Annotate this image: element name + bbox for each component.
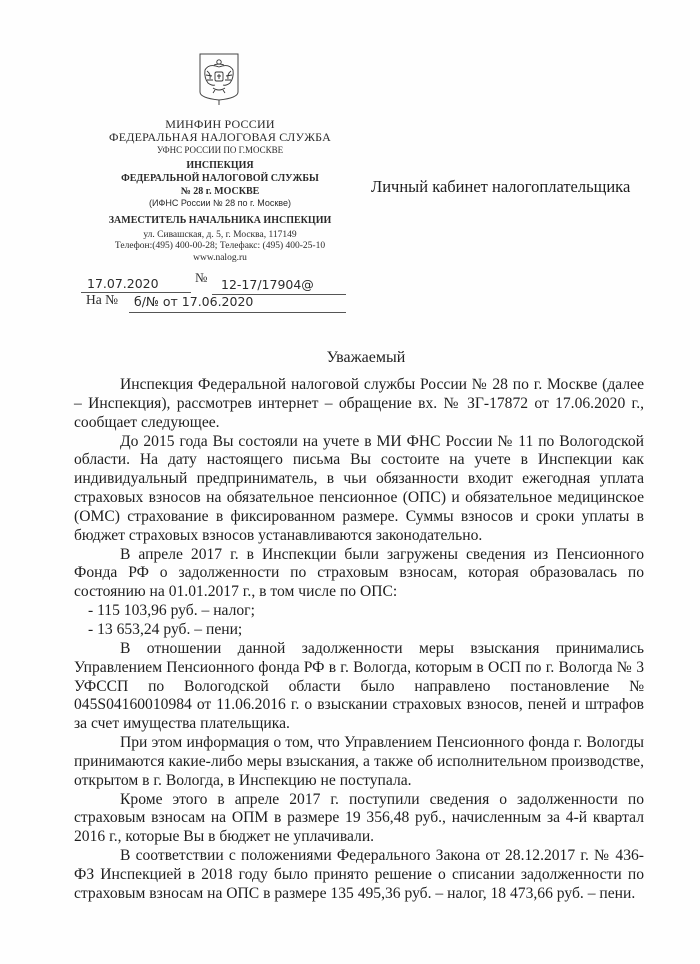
reply-underline [129, 312, 346, 313]
website-link[interactable]: www.nalog.ru [0, 253, 440, 263]
paragraph: При этом информация о том, что Управлени… [74, 734, 644, 791]
number-underline [212, 294, 346, 295]
service-name: ФЕДЕРАЛЬНАЯ НАЛОГОВАЯ СЛУЖБА [0, 130, 440, 145]
recipient: Личный кабинет налогоплательщика [371, 177, 630, 197]
in-reply-label: На № [86, 292, 118, 308]
paragraph: Кроме этого в апреле 2017 г. поступили с… [74, 791, 644, 848]
salutation: Уважаемый [0, 349, 700, 367]
address: ул. Сивашская, д. 5, г. Москва, 117149 [0, 230, 440, 240]
paragraph: В отношении данной задолженности меры вз… [74, 640, 644, 734]
number-sign: № [195, 270, 207, 286]
in-reply-reference: б/№ от 17.06.2020 [134, 294, 253, 309]
letter-date: 17.07.2020 [87, 276, 159, 291]
inspection-title-1: ИНСПЕКЦИЯ [0, 160, 440, 171]
phones: Телефон:(495) 400-00-28; Телефакс: (495)… [0, 241, 440, 251]
paragraph: В соответствии с положениями Федеральног… [74, 847, 644, 904]
paragraph: Инспекция Федеральной налоговой службы Р… [74, 376, 644, 433]
coat-of-arms-icon [198, 52, 240, 106]
debt-item-tax: - 115 103,96 руб. – налог; [74, 602, 644, 621]
debt-item-penalty: - 13 653,24 руб. – пени; [74, 621, 644, 640]
letter-body: Инспекция Федеральной налоговой службы Р… [74, 376, 644, 904]
paragraph: В апреле 2017 г. в Инспекции были загруж… [74, 546, 644, 603]
inspection-short-name: (ИФНС России № 28 по г. Москве) [0, 198, 440, 208]
signatory-position: ЗАМЕСТИТЕЛЬ НАЧАЛЬНИКА ИНСПЕКЦИИ [0, 215, 440, 226]
paragraph: До 2015 года Вы состояли на учете в МИ Ф… [74, 433, 644, 546]
document-page: МИНФИН РОССИИ ФЕДЕРАЛЬНАЯ НАЛОГОВАЯ СЛУЖ… [0, 0, 700, 964]
regional-office: УФНС РОССИИ ПО Г.МОСКВЕ [0, 145, 440, 155]
letter-number: 12-17/17904@ [221, 277, 314, 292]
date-underline [81, 292, 191, 293]
